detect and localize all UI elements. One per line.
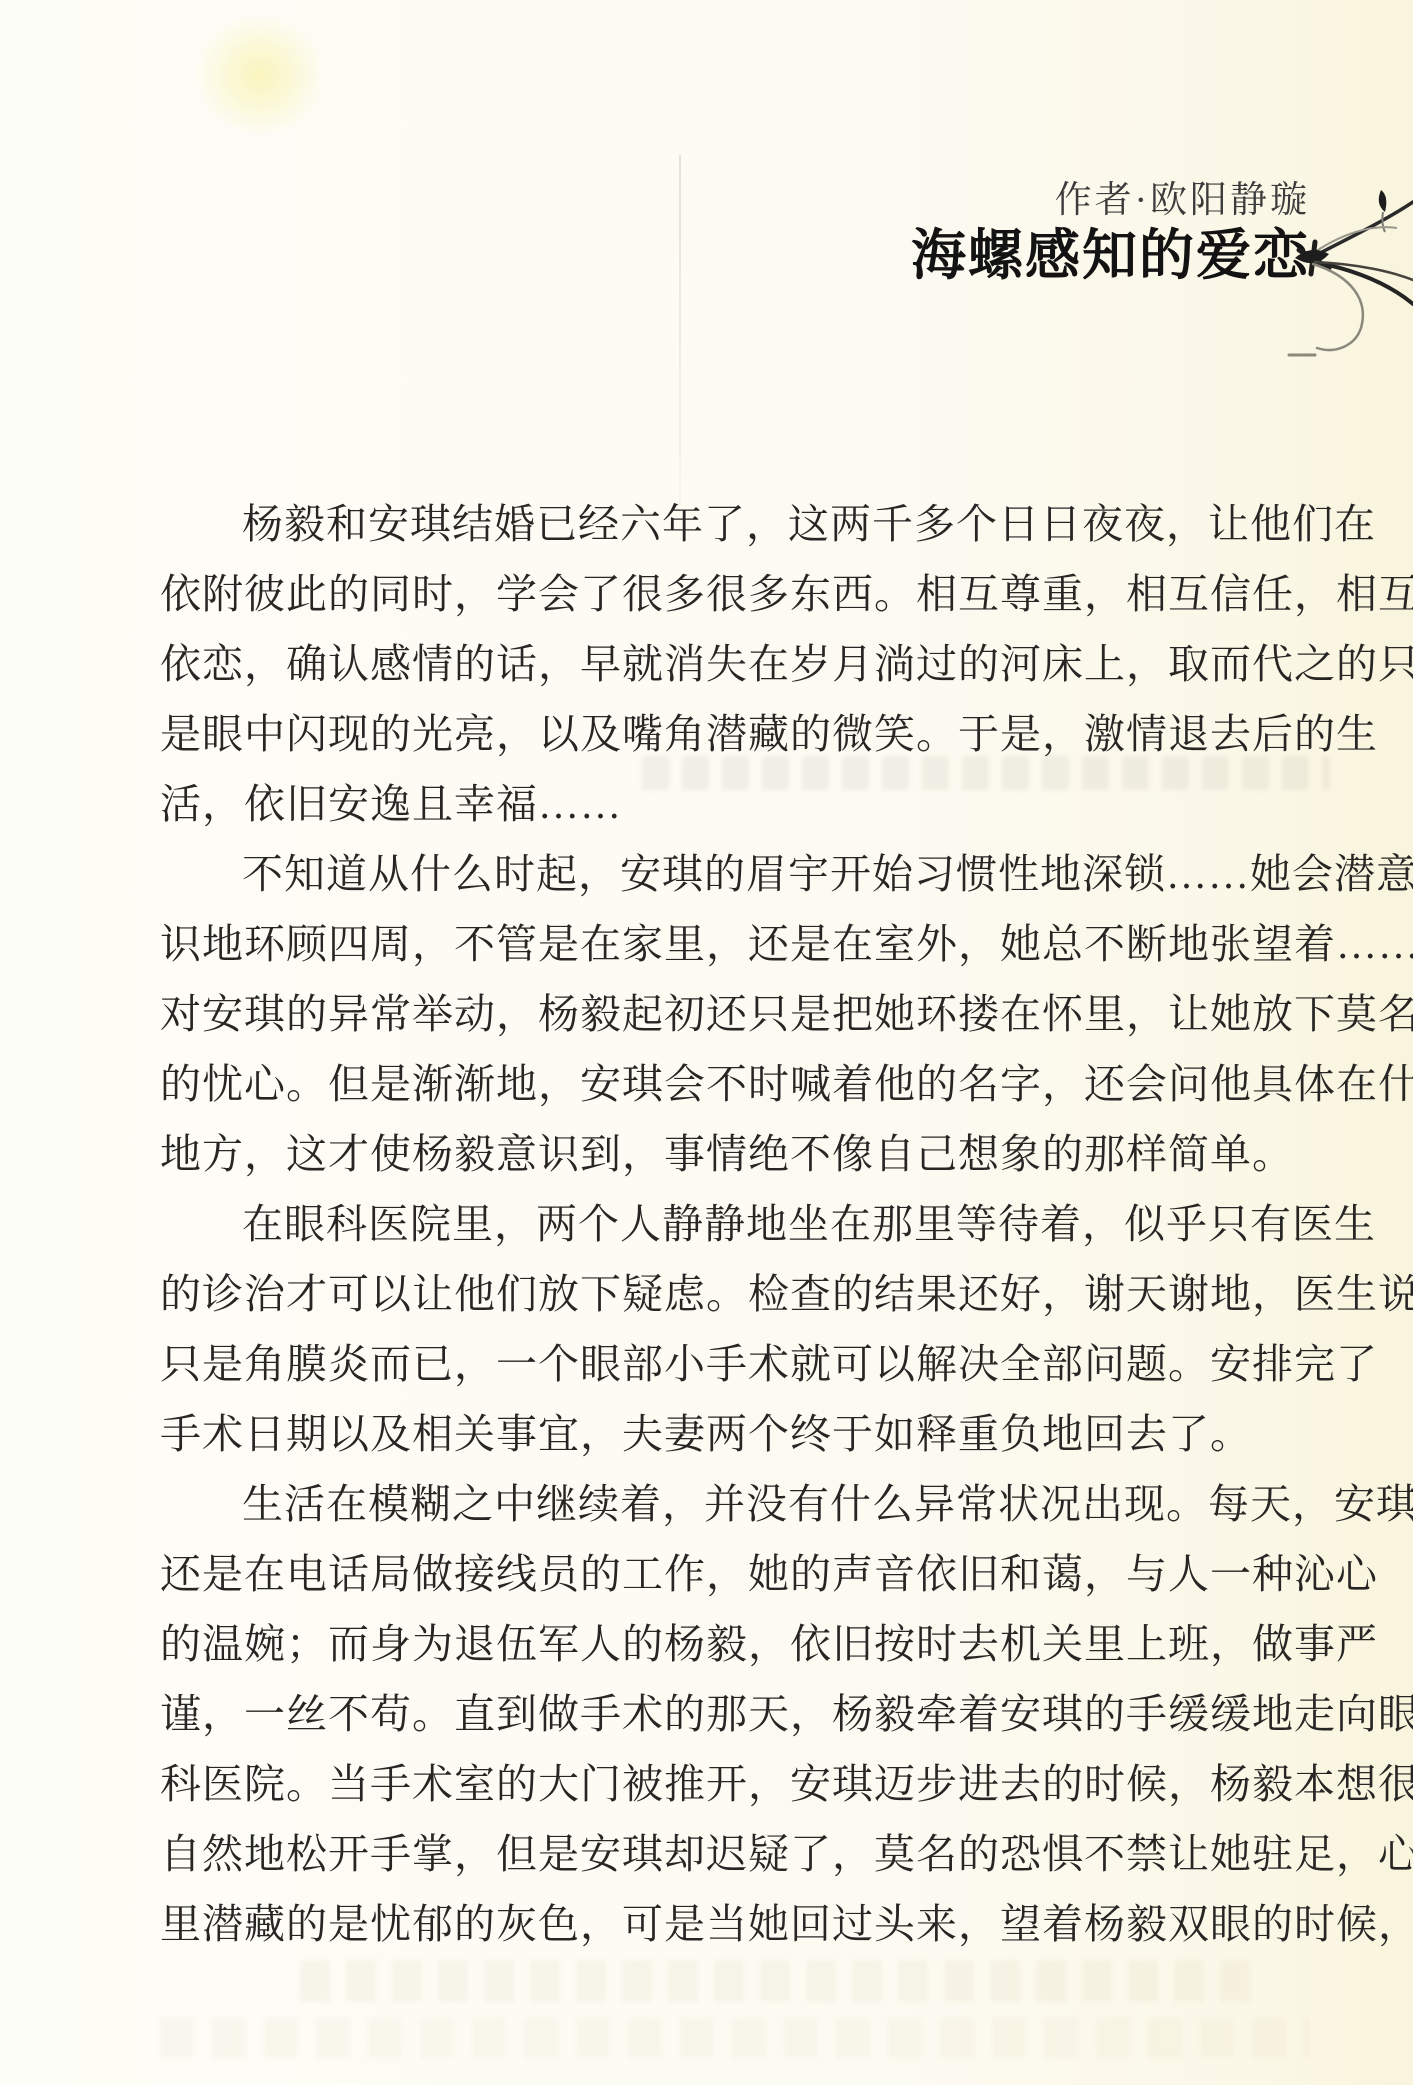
body-line: 生活在模糊之中继续着，并没有什么异常状况出现。每天，安琪 — [160, 1469, 1312, 1539]
bleed-through-mark — [300, 1960, 1260, 2002]
page-header: 作者·欧阳静璇 海螺感知的爱恋 — [911, 182, 1310, 283]
body-text: 杨毅和安琪结婚已经六年了，这两千多个日日夜夜，让他们在 依附彼此的同时，学会了很… — [160, 489, 1312, 1959]
body-line: 依恋，确认感情的话，早就消失在岁月淌过的河床上，取而代之的只 — [160, 629, 1312, 699]
body-line: 谨，一丝不苟。直到做手术的那天，杨毅牵着安琪的手缓缓地走向眼 — [160, 1679, 1312, 1749]
body-line: 的温婉；而身为退伍军人的杨毅，依旧按时去机关里上班，做事严 — [160, 1609, 1312, 1679]
body-line: 还是在电话局做接线员的工作，她的声音依旧和蔼，与人一种沁心 — [160, 1539, 1312, 1609]
body-line: 对安琪的异常举动，杨毅起初还只是把她环搂在怀里，让她放下莫名 — [160, 979, 1312, 1049]
paragraph: 杨毅和安琪结婚已经六年了，这两千多个日日夜夜，让他们在 依附彼此的同时，学会了很… — [160, 489, 1312, 839]
body-line: 活，依旧安逸且幸福…… — [160, 769, 1312, 839]
body-line: 手术日期以及相关事宜，夫妻两个终于如释重负地回去了。 — [160, 1399, 1312, 1469]
body-line: 杨毅和安琪结婚已经六年了，这两千多个日日夜夜，让他们在 — [160, 489, 1312, 559]
body-line: 科医院。当手术室的大门被推开，安琪迈步进去的时候，杨毅本想很 — [160, 1749, 1312, 1819]
body-line: 依附彼此的同时，学会了很多很多东西。相互尊重，相互信任，相互 — [160, 559, 1312, 629]
body-line: 的忧心。但是渐渐地，安琪会不时喊着他的名字，还会问他具体在什么 — [160, 1049, 1312, 1119]
body-line: 只是角膜炎而已，一个眼部小手术就可以解决全部问题。安排完了 — [160, 1329, 1312, 1399]
body-line: 识地环顾四周，不管是在家里，还是在室外，她总不断地张望着……面 — [160, 909, 1312, 979]
body-line: 是眼中闪现的光亮，以及嘴角潜藏的微笑。于是，激情退去后的生 — [160, 699, 1312, 769]
paragraph: 不知道从什么时起，安琪的眉宇开始习惯性地深锁……她会潜意 识地环顾四周，不管是在… — [160, 839, 1312, 1189]
bleed-through-mark — [160, 2018, 1310, 2058]
paragraph: 在眼科医院里，两个人静静地坐在那里等待着，似乎只有医生 的诊治才可以让他们放下疑… — [160, 1189, 1312, 1469]
body-line: 里潜藏的是忧郁的灰色，可是当她回过头来，望着杨毅双眼的时候， — [160, 1889, 1312, 1959]
body-line: 不知道从什么时起，安琪的眉宇开始习惯性地深锁……她会潜意 — [160, 839, 1312, 909]
scan-crease — [679, 155, 681, 505]
page-title: 海螺感知的爱恋 — [911, 228, 1310, 283]
paper-stain — [195, 15, 325, 135]
body-line: 的诊治才可以让他们放下疑虑。检查的结果还好，谢天谢地，医生说 — [160, 1259, 1312, 1329]
book-page: 作者·欧阳静璇 海螺感知的爱恋 杨毅和安琪结婚已经六年了，这两千多个日日夜夜，让… — [0, 0, 1413, 2085]
body-line: 在眼科医院里，两个人静静地坐在那里等待着，似乎只有医生 — [160, 1189, 1312, 1259]
author-line: 作者·欧阳静璇 — [911, 182, 1310, 219]
paragraph: 生活在模糊之中继续着，并没有什么异常状况出现。每天，安琪 还是在电话局做接线员的… — [160, 1469, 1312, 1959]
body-line: 地方，这才使杨毅意识到，事情绝不像自己想象的那样简单。 — [160, 1119, 1312, 1189]
body-line: 自然地松开手掌，但是安琪却迟疑了，莫名的恐惧不禁让她驻足，心 — [160, 1819, 1312, 1889]
